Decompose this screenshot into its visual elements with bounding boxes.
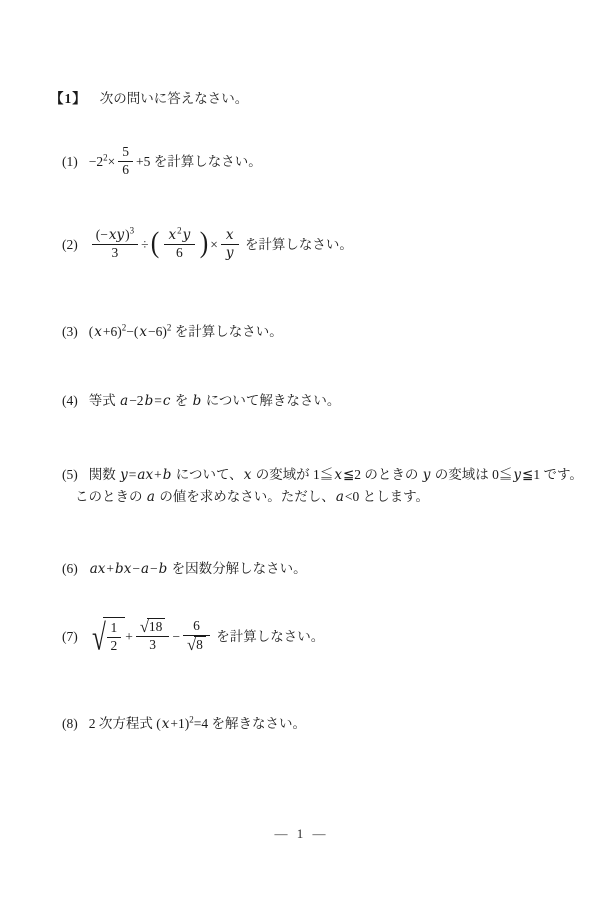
- math-text: 関数: [89, 467, 119, 482]
- fraction-numerator: √18: [136, 618, 170, 636]
- math-variable: y: [183, 227, 191, 243]
- problem-8-expression: 2 次方程式 (x+1)2=4 を解きなさい。: [89, 716, 306, 731]
- math-variable: y: [423, 467, 431, 483]
- math-text: 6: [193, 618, 200, 633]
- math-text: <0 とします。: [345, 489, 429, 504]
- math-fraction: 6√8: [183, 618, 210, 654]
- fraction-numerator: 1: [107, 620, 122, 637]
- math-variable: c: [163, 393, 171, 409]
- math-text: 6: [122, 162, 129, 177]
- problem-5: (5)関数 y=ax+b について、x の変域が 1≦x≦2 のときの y の変…: [62, 463, 583, 483]
- math-variable: y: [226, 245, 234, 261]
- math-variable: a: [120, 393, 128, 409]
- math-variable: y: [513, 467, 521, 483]
- math-text: +5 を計算しなさい。: [136, 154, 262, 169]
- radicand: 18: [147, 618, 166, 636]
- math-text: −(: [126, 324, 138, 339]
- section-number: 【1】: [50, 91, 87, 106]
- math-text: =: [154, 393, 162, 408]
- math-fraction: 56: [118, 144, 133, 179]
- problem-7: (7)√12+√183−6√8 を計算しなさい。: [62, 619, 324, 657]
- fraction-numerator: x: [221, 227, 239, 244]
- math-variable: b: [159, 561, 168, 577]
- math-fraction: (−xy)33: [92, 227, 138, 262]
- math-text: を計算しなさい。: [171, 324, 282, 339]
- problem-8-number: (8): [62, 716, 78, 731]
- problem-1-number: (1): [62, 154, 78, 169]
- math-variable: ax: [90, 561, 106, 577]
- math-text: ×: [108, 154, 116, 169]
- math-variable: x: [162, 716, 170, 732]
- math-text: +: [125, 629, 133, 644]
- problem-5-expression-line2: このときの a の値を求めなさい。ただし、a<0 とします。: [75, 489, 429, 504]
- math-variable: x: [94, 324, 102, 340]
- math-variable: x: [334, 467, 342, 483]
- problem-4-number: (4): [62, 393, 78, 408]
- math-fraction: xy: [221, 227, 239, 262]
- math-text: −6): [148, 324, 167, 339]
- math-text: ÷: [141, 237, 148, 252]
- math-text: (: [89, 324, 94, 339]
- math-text: を計算しなさい。: [242, 237, 353, 252]
- math-fraction: x2y6: [164, 227, 196, 262]
- problem-3-expression: (x+6)2−(x−6)2 を計算しなさい。: [89, 324, 283, 339]
- math-text: −2: [89, 154, 103, 169]
- problem-4: (4)等式 a−2b=c を b について解きなさい。: [62, 389, 340, 409]
- radicand: 12: [103, 617, 126, 655]
- math-text: =4 を解きなさい。: [194, 716, 306, 731]
- math-text: 5: [122, 144, 129, 159]
- section-heading: 【1】次の問いに答えなさい。: [50, 87, 248, 107]
- page-number: — 1 —: [0, 826, 600, 842]
- math-variable: b: [193, 393, 202, 409]
- math-text: の値を求めなさい。ただし、: [156, 489, 335, 504]
- fraction-denominator: 6: [118, 161, 133, 179]
- math-variable: y: [120, 467, 128, 483]
- math-variable: b: [163, 467, 172, 483]
- math-text: について、: [172, 467, 242, 482]
- problem-7-expression: √12+√183−6√8 を計算しなさい。: [89, 629, 324, 644]
- problem-6-expression: ax+bx−a−b を因数分解しなさい。: [89, 561, 307, 576]
- fraction-denominator: 3: [92, 244, 138, 262]
- math-variable: a: [141, 561, 149, 577]
- math-variable: a: [147, 489, 155, 505]
- fraction-numerator: x2y: [164, 227, 196, 244]
- math-variable: xy: [109, 227, 124, 243]
- problem-2-number: (2): [62, 237, 78, 252]
- math-text: を因数分解しなさい。: [168, 561, 306, 576]
- fraction-numerator: 6: [183, 618, 210, 635]
- math-text: −: [172, 629, 180, 644]
- math-text: について解きなさい。: [202, 393, 340, 408]
- math-text: を: [171, 393, 191, 408]
- problem-6-number: (6): [62, 561, 78, 576]
- math-variable: ax: [137, 467, 153, 483]
- math-text: 3: [112, 245, 119, 260]
- math-fraction: √183: [136, 618, 170, 654]
- math-square-root: √12: [89, 617, 126, 655]
- math-fraction: 12: [107, 620, 122, 655]
- math-text: 1: [111, 620, 118, 635]
- fraction-numerator: 5: [118, 144, 133, 161]
- math-text: 2: [111, 638, 118, 653]
- math-text: 8: [196, 637, 203, 652]
- math-text: −2: [129, 393, 143, 408]
- math-text: ≦2 のときの: [343, 467, 422, 482]
- math-text: +: [154, 467, 162, 482]
- math-exponent: 2: [177, 226, 182, 236]
- math-variable: x: [169, 227, 177, 243]
- problem-1-expression: −22×56+5 を計算しなさい。: [89, 154, 262, 169]
- fraction-numerator: (−xy)3: [92, 227, 138, 244]
- math-text: 18: [149, 619, 163, 634]
- fraction-denominator: 2: [107, 637, 122, 655]
- radical-sign-icon: √: [187, 637, 196, 653]
- math-variable: x: [139, 324, 147, 340]
- problem-3-number: (3): [62, 324, 78, 339]
- math-square-root: √8: [187, 636, 206, 654]
- math-text: ×: [210, 237, 218, 252]
- problem-1: (1)−22×56+5 を計算しなさい。: [62, 146, 262, 181]
- math-text: −: [150, 561, 158, 576]
- math-text: −: [132, 561, 140, 576]
- math-variable: b: [145, 393, 154, 409]
- math-text: +: [106, 561, 114, 576]
- problem-8: (8)2 次方程式 (x+1)2=4 を解きなさい。: [62, 712, 306, 732]
- problem-6: (6)ax+bx−a−b を因数分解しなさい。: [62, 557, 307, 577]
- math-text: +1): [170, 716, 189, 731]
- problem-5-number: (5): [62, 467, 78, 482]
- fraction-denominator: 3: [136, 636, 170, 654]
- fraction-denominator: 6: [164, 244, 196, 262]
- math-text: (−: [96, 227, 108, 242]
- math-text: ≦1 です。: [522, 467, 583, 482]
- math-text: を計算しなさい。: [213, 629, 324, 644]
- math-exponent: 3: [130, 226, 135, 236]
- fraction-denominator: y: [221, 244, 239, 262]
- math-variable: a: [336, 489, 344, 505]
- math-text: 等式: [89, 393, 119, 408]
- problem-5-line2: このときの a の値を求めなさい。ただし、a<0 とします。: [75, 485, 429, 505]
- math-variable: x: [226, 227, 234, 243]
- problem-4-expression: 等式 a−2b=c を b について解きなさい。: [89, 393, 341, 408]
- problem-5-expression-line1: 関数 y=ax+b について、x の変域が 1≦x≦2 のときの y の変域は …: [89, 467, 583, 482]
- exam-page: 【1】次の問いに答えなさい。 (1)−22×56+5 を計算しなさい。 (2)(…: [0, 0, 600, 900]
- math-variable: bx: [115, 561, 131, 577]
- math-variable: x: [244, 467, 252, 483]
- problem-7-number: (7): [62, 629, 78, 644]
- problem-2: (2)(−xy)33÷(x2y6)×xy を計算しなさい。: [62, 229, 353, 264]
- radical-sign-icon: √: [140, 619, 149, 635]
- fraction-denominator: √8: [183, 635, 210, 654]
- math-text: 6: [176, 245, 183, 260]
- math-square-root: √18: [140, 618, 166, 636]
- problem-3: (3)(x+6)2−(x−6)2 を計算しなさい。: [62, 320, 283, 340]
- math-text: このときの: [75, 489, 146, 504]
- math-text: +6): [103, 324, 122, 339]
- math-text: の変域は 0≦: [431, 467, 512, 482]
- problem-2-expression: (−xy)33÷(x2y6)×xy を計算しなさい。: [89, 237, 353, 252]
- math-text: =: [129, 467, 137, 482]
- math-text: 2 次方程式 (: [89, 716, 161, 731]
- math-text: の変域が 1≦: [252, 467, 333, 482]
- math-text: 3: [149, 637, 156, 652]
- section-instruction: 次の問いに答えなさい。: [100, 91, 249, 106]
